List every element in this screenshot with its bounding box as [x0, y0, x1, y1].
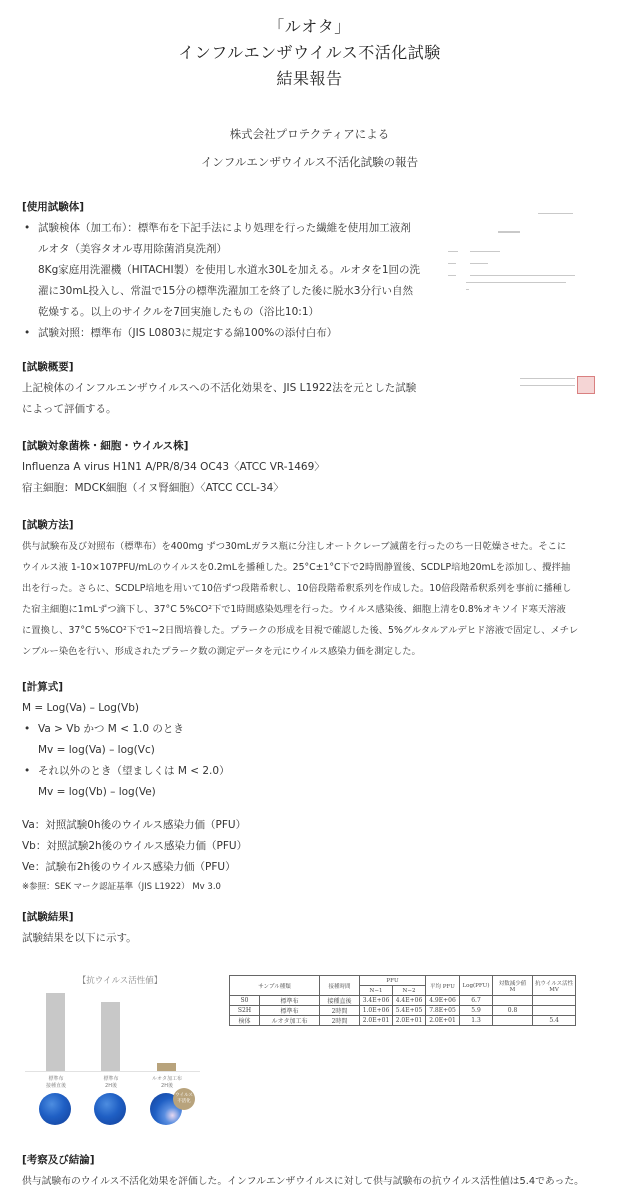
- text-line: によって評価する。: [22, 399, 422, 420]
- table-header: 接種時間: [320, 976, 360, 996]
- text-line: 出を行った。さらに、SCDLP培地を用いて10倍ずつ段階希釈し、10倍段階希釈系…: [22, 578, 612, 599]
- bullet-item: 試験検体（加工布）：標準布を下記手法により処理を行った繊維を使用加工液剤: [22, 218, 422, 239]
- text-line: ルオタ（美容タオル専用除菌消臭洗剤）: [22, 239, 422, 260]
- subtitle-line: インフルエンザウイルス不活化試験の報告: [0, 148, 619, 176]
- table-header: PFU: [360, 976, 426, 986]
- text-line: 宿主細胞：MDCK細胞（イヌ腎細胞）〈ATCC CCL-34〉: [22, 478, 422, 499]
- section-method: [試験方法] 供与試験布及び対照布（標準布）を400mg ずつ30mLガラス瓶に…: [22, 515, 612, 662]
- text-line: 濯に30mL投入し、常温で15分の標準洗濯加工を終了した後に脱水3分行い自然: [22, 281, 422, 302]
- table-row: S0標準布接種直後 3.4E+064.4E+064.9E+06 6.7: [230, 996, 576, 1006]
- section-results: [試験結果] 試験結果を以下に示す。: [22, 907, 422, 949]
- chart-bar: [157, 1063, 176, 1071]
- section-heading: [使用試験体]: [22, 197, 422, 217]
- certificate-thumbnail: [440, 200, 600, 400]
- section-heading: [試験対象菌株・細胞・ウイルス株]: [22, 436, 422, 456]
- chart-title: 【抗ウイルス活性値】: [25, 974, 215, 986]
- section-specimen: [使用試験体] 試験検体（加工布）：標準布を下記手法により処理を行った繊維を使用…: [22, 197, 422, 344]
- report-subtitle: 株式会社プロテクティアによる インフルエンザウイルス不活化試験の報告: [0, 120, 619, 176]
- formula-line: Mv = log(Vb) – log(Ve): [22, 782, 422, 803]
- section-heading: [計算式]: [22, 677, 422, 697]
- inactivated-badge: ウイルス不活化: [173, 1088, 195, 1110]
- table-header: N−1: [360, 986, 393, 996]
- text-line: 供与試験布及び対照布（標準布）を400mg ずつ30mLガラス瓶に分注しオートク…: [22, 536, 612, 557]
- bullet-item: Va > Vb かつ M < 1.0 のとき: [22, 719, 422, 740]
- chart-bar: [46, 993, 65, 1071]
- title-line: 「ルオタ」: [0, 14, 619, 40]
- section-heading: [試験方法]: [22, 515, 612, 535]
- text-line: ンブルー染色を行い、形成されたプラーク数の測定データを元にウイルス感染力価を測定…: [22, 641, 612, 662]
- text-line: た宿主細胞に1mLずつ滴下し、37°C 5%CO²下で1時間感染処理を行った。ウ…: [22, 599, 612, 620]
- antiviral-chart: 【抗ウイルス活性値】 標準布接種直後 標準布2H後 ルオタ加工布2H後 ウイルス…: [25, 970, 215, 1135]
- petri-dish-image: [94, 1093, 126, 1125]
- text-line: 8Kg家庭用洗濯機（HITACHI製）を使用し水道水30Lを加える。ルオタを1回…: [22, 260, 422, 281]
- report-title: 「ルオタ」 インフルエンザウイルス不活化試験 結果報告: [0, 14, 619, 92]
- section-strains: [試験対象菌株・細胞・ウイルス株] Influenza A virus H1N1…: [22, 436, 422, 499]
- chart-bar: [101, 1002, 120, 1071]
- text-line: 試験結果を以下に示す。: [22, 928, 422, 949]
- table-row: S2H標準布2時間 1.0E+065.4E+057.8E+05 5.90.8: [230, 1006, 576, 1016]
- table-row: 検体ルオタ加工布2時間 2.0E+012.0E+012.0E+01 1.35.4: [230, 1016, 576, 1026]
- table-header: 対数減少値M: [493, 976, 533, 996]
- text-line: 上記検体のインフルエンザウイルスへの不活化効果を、JIS L1922法を元とした…: [22, 378, 422, 399]
- section-heading: [試験概要]: [22, 357, 422, 377]
- title-line: インフルエンザウイルス不活化試験: [0, 40, 619, 66]
- formula-main: M = Log(Va) – Log(Vb): [22, 698, 422, 719]
- bar-label: 標準布2H後: [86, 1076, 136, 1090]
- definition-line: Va：対照試験0h後のウイルス感染力価（PFU）: [22, 815, 422, 836]
- results-table: サンプル種類 接種時間 PFU 平均 PFU Log(PFU) 対数減少値M 抗…: [229, 975, 576, 1026]
- text-line: ウイルス液 1-10×107PFU/mLのウイルスを0.2mLを播種した。25°…: [22, 557, 612, 578]
- subtitle-line: 株式会社プロテクティアによる: [0, 120, 619, 148]
- text-line: 乾燥する。以上のサイクルを7回実施したもの（浴比10:1）: [22, 302, 422, 323]
- bar-label: 標準布接種直後: [31, 1076, 81, 1090]
- text-line: 供与試験布のウイルス不活化効果を評価した。インフルエンザウイルスに対して供与試験…: [22, 1171, 612, 1192]
- table-header: 抗ウイルス活性MV: [533, 976, 576, 996]
- seal-stamp-icon: [577, 376, 595, 394]
- bullet-item: それ以外のとき（望ましくは M < 2.0）: [22, 761, 422, 782]
- text-line: Influenza A virus H1N1 A/PR/8/34 OC43〈AT…: [22, 457, 422, 478]
- formula-line: Mv = log(Va) – log(Vc): [22, 740, 422, 761]
- table-header: サンプル種類: [230, 976, 320, 996]
- section-conclusion: [考察及び結論] 供与試験布のウイルス不活化効果を評価した。インフルエンザウイル…: [22, 1150, 612, 1192]
- table-header: N−2: [393, 986, 426, 996]
- reference-note: ※参照：SEK マーク認証基準（JIS L1922） Mv 3.0: [22, 878, 422, 896]
- section-heading: [考察及び結論]: [22, 1150, 612, 1170]
- section-formula: [計算式] M = Log(Va) – Log(Vb) Va > Vb かつ M…: [22, 677, 422, 896]
- bullet-item: 試験対照：標準布（JIS L0803に規定する綿100%の添付白布）: [22, 323, 422, 344]
- text-line: に置換し、37°C 5%CO²下で1~2日間培養した。プラークの形成を目視で確認…: [22, 620, 612, 641]
- title-line: 結果報告: [0, 66, 619, 92]
- table-header: Log(PFU): [460, 976, 493, 996]
- section-overview: [試験概要] 上記検体のインフルエンザウイルスへの不活化効果を、JIS L192…: [22, 357, 422, 420]
- petri-dish-image: [39, 1093, 71, 1125]
- table-header: 平均 PFU: [426, 976, 460, 996]
- definition-line: Ve：試験布2h後のウイルス感染力価（PFU）: [22, 857, 422, 878]
- section-heading: [試験結果]: [22, 907, 422, 927]
- definition-line: Vb：対照試験2h後のウイルス感染力価（PFU）: [22, 836, 422, 857]
- chart-baseline: [25, 1071, 200, 1072]
